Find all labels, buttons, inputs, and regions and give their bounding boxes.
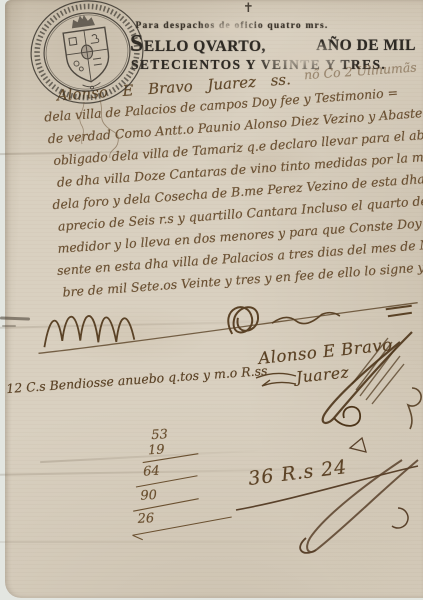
scanned-document: ✝ Para despachos de oficio quatro mrs. S… <box>0 0 423 600</box>
signature-rubrica-flourish <box>300 326 423 441</box>
total-amount-flourish <box>232 430 423 562</box>
invocation-cross-mark: ✝ <box>243 1 254 16</box>
seal-fiber-flourish <box>80 100 119 158</box>
wear-spot <box>196 18 266 38</box>
royal-coat-of-arms-seal-stamp <box>26 0 156 176</box>
seal-coat-of-arms <box>61 13 113 92</box>
edge-ink-mark <box>2 325 16 327</box>
